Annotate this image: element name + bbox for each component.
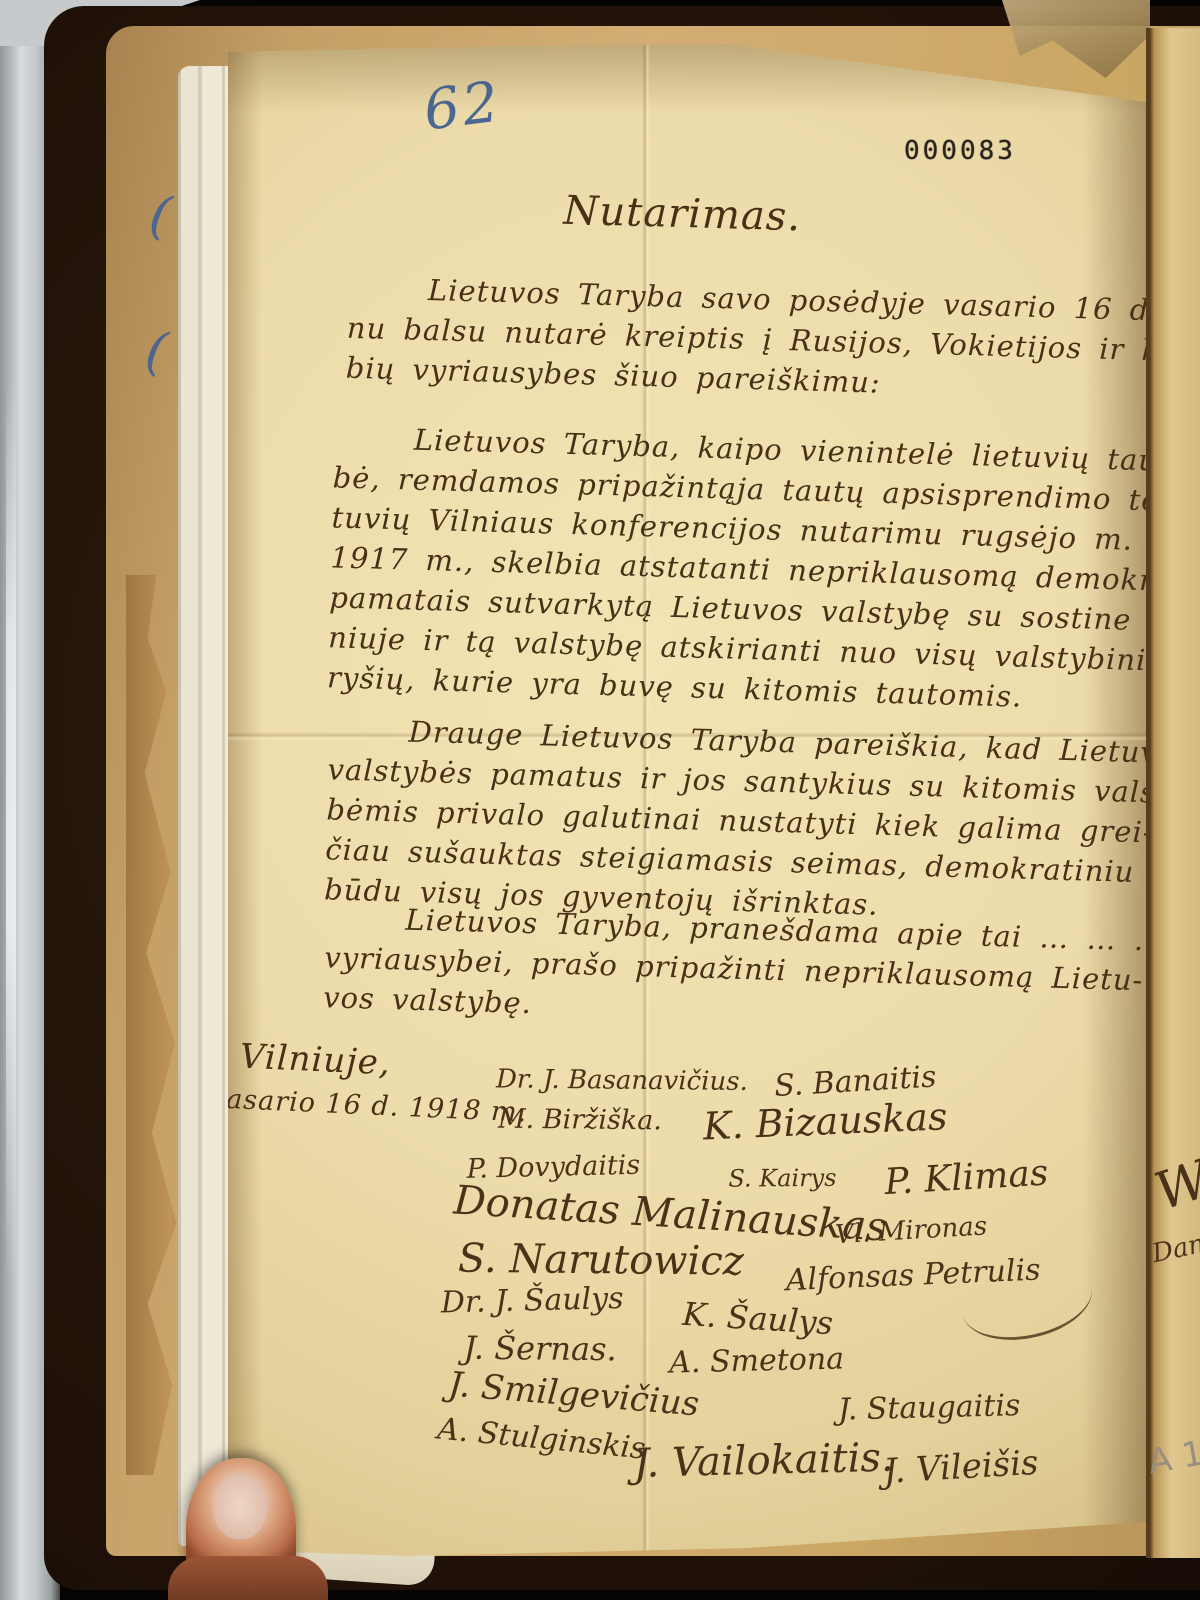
signature-kairys: S. Kairys	[728, 1164, 836, 1193]
signature-basanavicius: Dr. J. Basanavičius.	[496, 1064, 748, 1097]
adjacent-pencil-note: A 13	[1146, 1430, 1200, 1483]
handwritten-text-layer: Nutarimas. Lietuvos Taryba savo posėdyje…	[186, 32, 1146, 1569]
hand	[168, 1556, 328, 1600]
paragraph-1: Lietuvos Taryba savo posėdyje vasario 16…	[345, 268, 1200, 417]
signature-sernas: J. Šernas.	[463, 1329, 617, 1369]
adjacent-ink-fragment: W	[1148, 1149, 1200, 1223]
signature-smetona: A. Smetona	[669, 1341, 845, 1380]
adjacent-ink-fragment: Dan	[1149, 1229, 1200, 1269]
paragraph-2: Lietuvos Taryba, kaipo vienintelė lietuv…	[327, 417, 1200, 725]
signature-staugaitis: J. Staugaitis	[838, 1388, 1021, 1427]
paragraph-3: Drauge Lietuvos Taryba pareiškia, kad Li…	[324, 709, 1199, 933]
paragraph-4: Lietuvos Taryba, pranešdama apie tai … ……	[323, 897, 1165, 1040]
signature-klimas: P. Klimas	[883, 1153, 1049, 1204]
adjacent-page: W Dan A 13	[1146, 28, 1200, 1558]
signature-stulginskis: A. Stulginskis	[436, 1411, 647, 1466]
thumb-nail	[213, 1473, 267, 1539]
sheet-edges	[178, 66, 236, 1546]
signature-birziska: M. Biržiška.	[498, 1104, 662, 1137]
document-title: Nutarimas.	[223, 178, 1142, 250]
signature-j-saulys: Dr. J. Šaulys	[440, 1281, 623, 1320]
place-date-block: Vilniuje, vasario 16 d. 1918 m.	[237, 1036, 530, 1128]
signature-k-saulys: K. Šaulys	[681, 1295, 834, 1342]
date-line: vasario 16 d. 1918 m.	[209, 1083, 528, 1128]
signature-vileisis: J. Vileišis	[882, 1443, 1039, 1492]
slipcase-highlight	[6, 380, 16, 1280]
signature-vailokaitis: J. Vailokaitis.	[633, 1435, 894, 1487]
signature-narutowicz: S. Narutowicz	[458, 1236, 744, 1285]
signature-bizauskas: K. Bizauskas	[702, 1094, 948, 1148]
photo-scene: ( ( 62 000083 Nutarimas. Lietuvos Taryba…	[0, 0, 1200, 1600]
place-line: Vilniuje,	[239, 1036, 530, 1089]
document-page: 62 000083 Nutarimas. Lietuvos Taryba sav…	[228, 44, 1146, 1556]
